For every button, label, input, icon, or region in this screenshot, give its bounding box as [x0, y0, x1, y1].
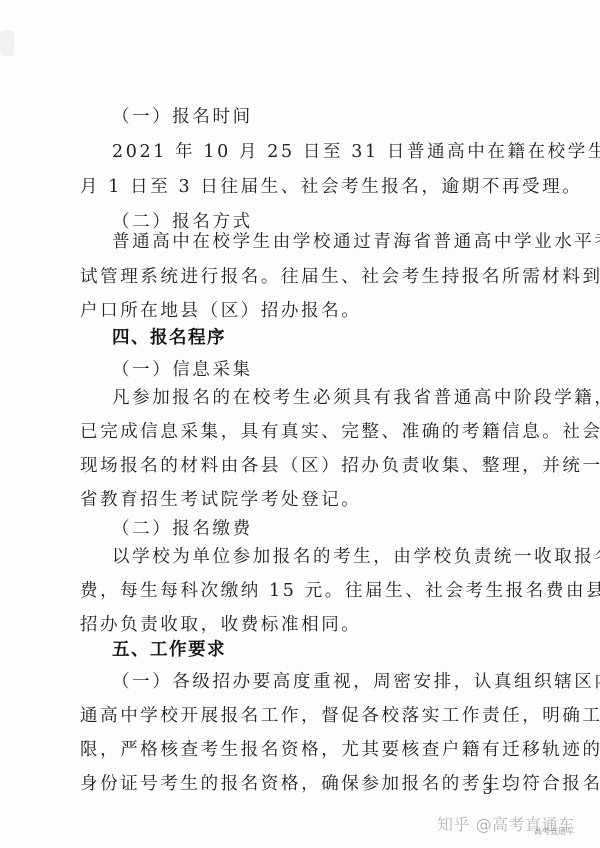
paragraph-line: 凡参加报名的在校考生必须具有我省普通高中阶段学籍，且 [112, 388, 600, 408]
subheading-registration-method: （二）报名方式 [112, 212, 253, 232]
paragraph-line: 普通高中在校学生由学校通过青海省普通高中学业水平考 [112, 232, 600, 252]
paragraph-line: 现场报名的材料由各县（区）招办负责收集、整理，并统一报送 [80, 456, 600, 476]
paragraph-line: 招办负责收取，收费标准相同。 [80, 615, 361, 635]
paragraph-line: 身份证号考生的报名资格，确保参加报名的考生均符合报名条 [80, 774, 600, 794]
scan-smudge [0, 30, 14, 56]
page-number: - 3 - [464, 779, 515, 798]
document-page: （一）报名时间 2021 年 10 月 25 日至 31 日普通高中在籍在校学生… [0, 0, 600, 848]
paragraph-line: 试管理系统进行报名。往届生、社会考生持报名所需材料到本人 [80, 267, 600, 287]
heading-registration-procedure: 四、报名程序 [112, 328, 226, 348]
paragraph-line: 2021 年 10 月 25 日至 31 日普通高中在籍在校学生报名，11 [112, 142, 600, 162]
paragraph-line: 已完成信息采集，具有真实、完整、准确的考籍信息。社会考生 [80, 422, 600, 442]
subheading-info-collection: （一）信息采集 [112, 360, 253, 380]
paragraph-line: 通高中学校开展报名工作，督促各校落实工作责任，明确工作时 [80, 706, 600, 726]
paragraph-line: 省教育招生考试院学考处登记。 [80, 490, 361, 510]
paragraph-line: 以学校为单位参加报名的考生，由学校负责统一收取报名 [112, 547, 600, 567]
paragraph-line: 户口所在地县（区）招办报名。 [80, 301, 361, 321]
paragraph-line: 限，严格核查考生报名资格，尤其要核查户籍有迁移轨迹的省外 [80, 740, 600, 760]
heading-work-requirements: 五、工作要求 [112, 640, 226, 660]
watermark-sub-label: 高考直通车 [534, 826, 574, 837]
paragraph-line: （一）各级招办要高度重视，周密安排，认真组织辖区内普 [112, 672, 600, 692]
paragraph-line: 费，每生每科次缴纳 15 元。往届生、社会考生报名费由县（区） [80, 581, 600, 601]
subheading-registration-fee: （二）报名缴费 [112, 519, 253, 539]
paragraph-line: 月 1 日至 3 日往届生、社会考生报名，逾期不再受理。 [80, 177, 582, 197]
subheading-registration-time: （一）报名时间 [112, 107, 253, 127]
